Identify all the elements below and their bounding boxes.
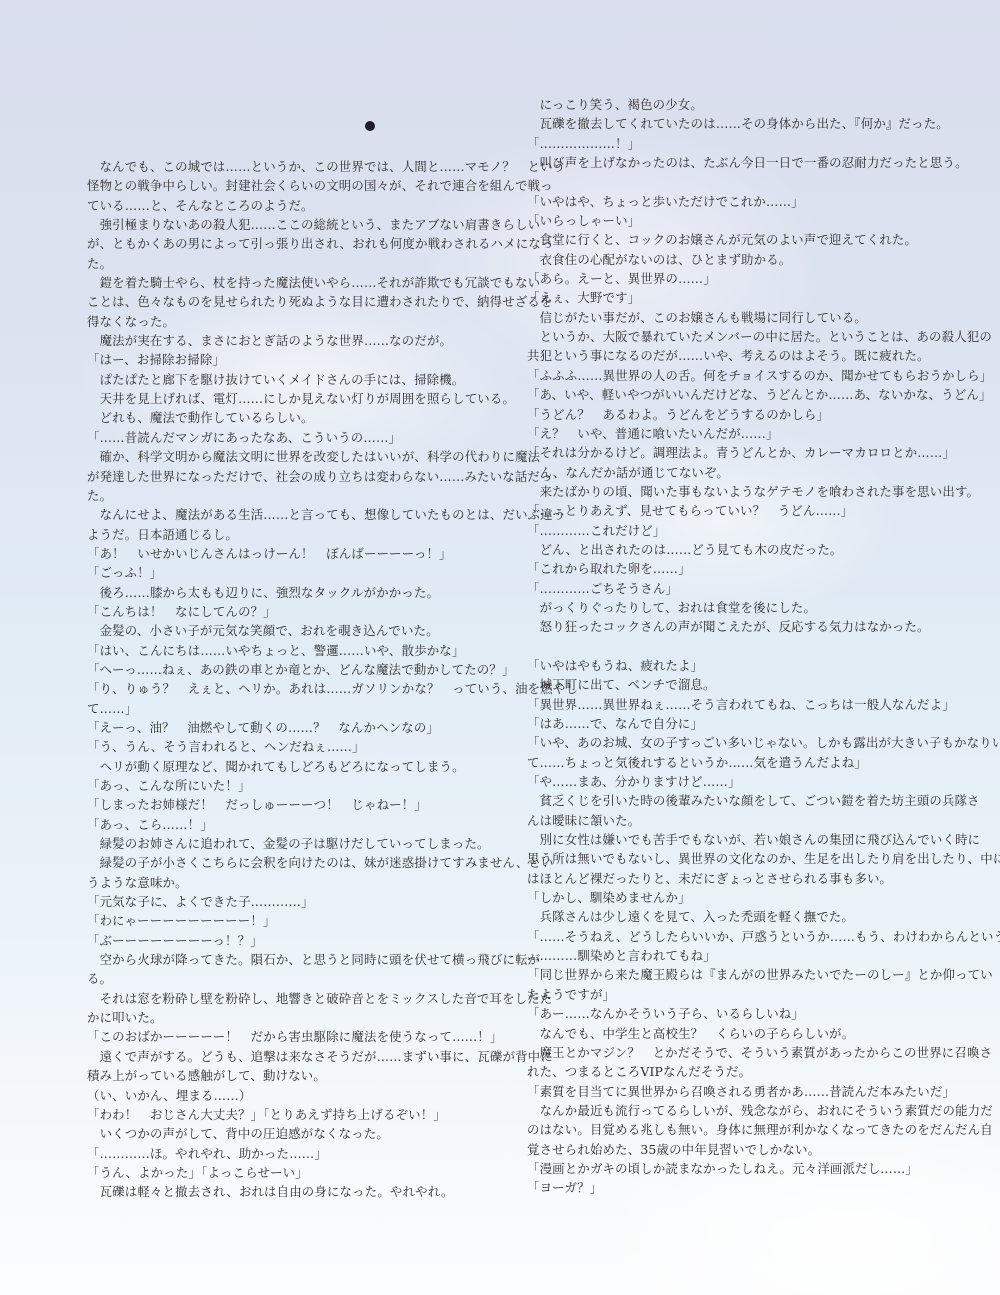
text-line: 「……昔読んだマンガにあったなあ、こういうの……」 bbox=[87, 428, 507, 447]
text-line: 「わわ！ おじさん大丈夫？」「とりあえず持ち上げるぞい！」 bbox=[87, 1105, 507, 1124]
text-line: どん、と出されたのは……どう見ても木の皮だった。 bbox=[527, 540, 957, 559]
text-line: 貧乏くじを引いた時の後輩みたいな顔をして、ごつい鎧を着た坊主頭の兵隊さ bbox=[527, 791, 957, 810]
text-line: ことは、色々なものを見せられたり死ぬような目に遭わされたりで、納得せざるを bbox=[87, 292, 507, 311]
text-line: 覚させられ始めた、35歳の中年見習いでしかない。 bbox=[527, 1140, 957, 1159]
text-line: 「こんちは！ なにしてんの？」 bbox=[87, 602, 507, 621]
text-line: 緑髪のお姉さんに追われて、金髪の子は駆けだしていってしまった。 bbox=[87, 834, 507, 853]
text-line: 食堂に行くと、コックのお嬢さんが元気のよい声で迎えてくれた。 bbox=[527, 230, 957, 249]
text-line: 別に女性は嫌いでも苦手でもないが、若い娘さんの集団に飛び込んでいく時に bbox=[527, 830, 957, 849]
text-line: んは曖昧に頷いた。 bbox=[527, 811, 957, 830]
text-line: 「異世界……異世界ねぇ……そう言われてもね、こっちは一般人なんだよ」 bbox=[527, 695, 957, 714]
text-line: 「………………！」 bbox=[527, 134, 957, 153]
text-line: 「ヨーガ？」 bbox=[527, 1178, 957, 1197]
text-line: 鎧を着た騎士やら、杖を持った魔法使いやら……それが詐欺でも冗談でもない bbox=[87, 273, 507, 292]
text-line: なんでも、この城では……というか、この世界では、人間と……マモノ？ という bbox=[87, 157, 507, 176]
text-line: た。 bbox=[87, 486, 507, 505]
text-line: て……ちょっと気後れするというか……気を遣うんだよね」 bbox=[527, 753, 957, 772]
text-line: 積み上がっている感触がして、動けない。 bbox=[87, 1066, 507, 1085]
text-line: が発達した世界になっただけで、社会の成り立ちは変わらない……みたいな話だっ bbox=[87, 467, 507, 486]
text-line: 「えーっ、油？ 油燃やして動くの……？ なんかヘンなの」 bbox=[87, 718, 507, 737]
text-line bbox=[527, 637, 957, 656]
text-line: 「や……まあ、分かりますけど……」 bbox=[527, 772, 957, 791]
text-line bbox=[527, 172, 957, 191]
text-line: 「いやはや、ちょっと歩いただけでこれか……」 bbox=[527, 192, 957, 211]
text-line: 確か、科学文明から魔法文明に世界を改変したはいいが、科学の代わりに魔法 bbox=[87, 447, 507, 466]
text-line: 「…………これだけど」 bbox=[527, 521, 957, 540]
text-line: それは窓を粉砕し壁を粉砕し、地響きと破砕音とをミックスした音で耳をしたた bbox=[87, 989, 507, 1008]
text-line: 「わにゃーーーーーーーーー！」 bbox=[87, 911, 507, 930]
text-line: 「それは分かるけど。調理法よ。青うどんとか、カレーマカロロとか……」 bbox=[527, 443, 957, 462]
text-line: 共犯という事になるのだが……いや、考えるのはよそう。既に疲れた。 bbox=[527, 346, 957, 365]
text-line: ようだ。日本語通じるし。 bbox=[87, 525, 507, 544]
text-line: 「しかし、馴染めませんか」 bbox=[527, 888, 957, 907]
text-line: 遠くで声がする。どうも、追撃は来なさそうだが……まずい事に、瓦礫が背中に bbox=[87, 1047, 507, 1066]
text-line: 「漫画とかガキの頃しか読まなかったしねえ。元々洋画派だし……」 bbox=[527, 1159, 957, 1178]
text-line: 金髪の、小さい子が元気な笑顔で、おれを覗き込んでいた。 bbox=[87, 621, 507, 640]
text-line: 「う、うん、そう言われると、ヘンだねぇ……」 bbox=[87, 737, 507, 756]
text-line: 「いらっしゃーい」 bbox=[527, 211, 957, 230]
text-line: いくつかの声がして、背中の圧迫感がなくなった。 bbox=[87, 1124, 507, 1143]
text-line: 「あ！ いせかいじんさんはっけーん！ ぼんばーーーーっ！」 bbox=[87, 544, 507, 563]
text-line: 「このおばかーーーーー！ だから害虫駆除に魔法を使うなって……！」 bbox=[87, 1027, 507, 1046]
text-line: 「あっ、こら……！」 bbox=[87, 815, 507, 834]
text-line: 強引極まりないあの殺人犯……ここの総統という、またアブない肩書きらしい bbox=[87, 215, 507, 234]
text-line: どれも、魔法で動作しているらしい。 bbox=[87, 408, 507, 427]
text-line: ぱたぱたと廊下を駆け抜けていくメイドさんの手には、掃除機。 bbox=[87, 370, 507, 389]
text-line: て……」 bbox=[87, 699, 507, 718]
text-line: 叫び声を上げなかったのは、たぶん今日一日で一番の忍耐力だったと思う。 bbox=[527, 153, 957, 172]
text-line: 「これから取れた卵を……」 bbox=[527, 559, 957, 578]
text-line: 怪物との戦争中らしい。封建社会くらいの文明の国々が、それで連合を組んで戦っ bbox=[87, 176, 507, 195]
text-line: 魔法が実在する、まさにおとぎ話のような世界……なのだが。 bbox=[87, 331, 507, 350]
text-line: 「元気な子に、よくできた子…………」 bbox=[87, 892, 507, 911]
text-line: 「はあ……で、なんで自分に」 bbox=[527, 714, 957, 733]
text-line: がっくりぐったりして、おれは食堂を後にした。 bbox=[527, 598, 957, 617]
left-column-text: なんでも、この城では……というか、この世界では、人間と……マモノ？ という怪物と… bbox=[87, 157, 507, 1202]
text-line: 「うどん？ あるわよ。うどんをどうするのかしら」 bbox=[527, 405, 957, 424]
text-line: 「あら。えーと、異世界の……」 bbox=[527, 269, 957, 288]
text-line: 信じがたい事だが、このお嬢さんも戦場に同行している。 bbox=[527, 308, 957, 327]
text-line: かに叩いた。 bbox=[87, 1008, 507, 1027]
text-line: 「素質を目当てに異世界から召喚される勇者かあ……昔読んだ本みたいだ」 bbox=[527, 1082, 957, 1101]
text-line: 「はい、こんにちは……いやちょっと、警邏……いや、散歩かな」 bbox=[87, 641, 507, 660]
text-line: 「うん、よかった」「よっこらせーい」 bbox=[87, 1163, 507, 1182]
text-line: 「あっ、こんな所にいた！」 bbox=[87, 776, 507, 795]
text-line: （い、いかん、埋まる……） bbox=[87, 1086, 507, 1105]
text-line: 「ごっふ！」 bbox=[87, 563, 507, 582]
text-line: が、ともかくあの男によって引っ張り出され、おれも何度か戦わされるハメになっ bbox=[87, 234, 507, 253]
text-line: 「り、りゅう？ えぇと、ヘリか。あれは……ガソリンかな？ っていう、油を燃やし bbox=[87, 679, 507, 698]
text-line: 「あー……なんかそういう子ら、いるらしいね」 bbox=[527, 1004, 957, 1023]
text-line: のはない。目覚める兆しも無い。身体に無理が利かなくなってきたのをだんだん自 bbox=[527, 1120, 957, 1139]
text-line: ん、なんだか話が通じてないぞ。 bbox=[527, 463, 957, 482]
text-line: というか、大阪で暴れていたメンバーの中に居た。ということは、あの殺人犯の bbox=[527, 327, 957, 346]
text-line: 兵隊さんは少し遠くを見て、入った禿頭を軽く撫でた。 bbox=[527, 907, 957, 926]
text-line: 「え？ いや、普通に喰いたいんだが……」 bbox=[527, 424, 957, 443]
text-line: 「いやはやもうね、疲れたよ」 bbox=[527, 656, 957, 675]
text-line: ている……と、そんなところのようだ。 bbox=[87, 196, 507, 215]
text-line: 瓦礫を撤去してくれていたのは……その身体から出た、『何か』だった。 bbox=[527, 114, 957, 133]
text-line: 「はー、お掃除お掃除」 bbox=[87, 350, 507, 369]
section-bullet-icon bbox=[365, 121, 375, 131]
text-line: 「ぶーーーーーーーーっ！？」 bbox=[87, 931, 507, 950]
text-line: 緑髪の子が小さくこちらに会釈を向けたのは、妹が迷惑掛けてすみません、とい bbox=[87, 853, 507, 872]
text-line: れた、つまるところVIPなんだそうだ。 bbox=[527, 1062, 957, 1081]
text-line: 「あ、いや、軽いやつがいいんだけどな、うどんとか……あ、ないかな、うどん」 bbox=[527, 385, 957, 404]
text-line: 「……とりあえず、見せてもらっていい？ うどん……」 bbox=[527, 501, 957, 520]
text-line: …………馴染めと言われてもね」 bbox=[527, 946, 957, 965]
text-line: 「いや、あのお城、女の子すっごい多いじゃない。しかも露出が大きい子もかなりい bbox=[527, 733, 957, 752]
text-line: なんでも、中学生と高校生？ くらいの子ららしいが。 bbox=[527, 1024, 957, 1043]
text-line: 「えぇ、大野です」 bbox=[527, 288, 957, 307]
text-line: 魔王とかマジン？ とかだそうで、そういう素質があったからこの世界に召喚さ bbox=[527, 1043, 957, 1062]
text-line: はほとんど裸だったりと、未だにぎょっとさせられる事も多い。 bbox=[527, 869, 957, 888]
text-line: たようですが」 bbox=[527, 985, 957, 1004]
text-line: 「……そうねえ、どうしたらいいか、戸惑うというか……もう、わけわからんというか bbox=[527, 927, 957, 946]
text-line: 衣食住の心配がないのは、ひとまず助かる。 bbox=[527, 250, 957, 269]
text-line: 「しまったお姉様だ！ だっしゅーーーつ！ じゃねー！」 bbox=[87, 795, 507, 814]
text-line: 「…………ごちそうさん」 bbox=[527, 579, 957, 598]
text-line: 空から火球が降ってきた。隕石か、と思うと同時に頭を伏せて横っ飛びに転が bbox=[87, 950, 507, 969]
text-line: た。 bbox=[87, 254, 507, 273]
text-line: 怒り狂ったコックさんの声が聞こえたが、反応する気力はなかった。 bbox=[527, 617, 957, 636]
text-line: る。 bbox=[87, 969, 507, 988]
text-line: うような意味か。 bbox=[87, 873, 507, 892]
text-line: 得なくなった。 bbox=[87, 312, 507, 331]
text-line: 「へーっ……ねぇ、あの鉄の車とか竜とか、どんな魔法で動かしてたの？」 bbox=[87, 660, 507, 679]
text-line: 天井を見上げれば、電灯……にしか見えない灯りが周囲を照らしている。 bbox=[87, 389, 507, 408]
text-line: 思う所は無いでもないし、異世界の文化なのか、生足を出したり肩を出したり、中に bbox=[527, 849, 957, 868]
text-line: 城下町に出て、ベンチで溜息。 bbox=[527, 675, 957, 694]
text-line: 「ふふふ……異世界の人の舌。何をチョイスするのか、聞かせてもらおうかしら」 bbox=[527, 366, 957, 385]
text-line: 「…………ほ。やれやれ、助かった……」 bbox=[87, 1144, 507, 1163]
text-line: なんにせよ、魔法がある生活……と言っても、想像していたものとは、だいぶ違う bbox=[87, 505, 507, 524]
text-line: 瓦礫は軽々と撤去され、おれは自由の身になった。やれやれ。 bbox=[87, 1182, 507, 1201]
text-line: 来たばかりの頃、聞いた事もないようなゲテモノを喰わされた事を思い出す。 bbox=[527, 482, 957, 501]
text-line: 後ろ……膝から太もも辺りに、強烈なタックルがかかった。 bbox=[87, 583, 507, 602]
text-line: なんか最近も流行ってるらしいが、残念ながら、おれにそういう素質だの能力だ bbox=[527, 1101, 957, 1120]
text-line: ヘリが動く原理など、聞かれてもしどろもどろになってしまう。 bbox=[87, 757, 507, 776]
text-line: 「同じ世界から来た魔王殿らは『まんがの世界みたいでたーのしー』とか仰ってい bbox=[527, 965, 957, 984]
right-column-text: にっこり笑う、褐色の少女。 瓦礫を撤去してくれていたのは……その身体から出た、『… bbox=[527, 95, 957, 1198]
text-line: にっこり笑う、褐色の少女。 bbox=[527, 95, 957, 114]
